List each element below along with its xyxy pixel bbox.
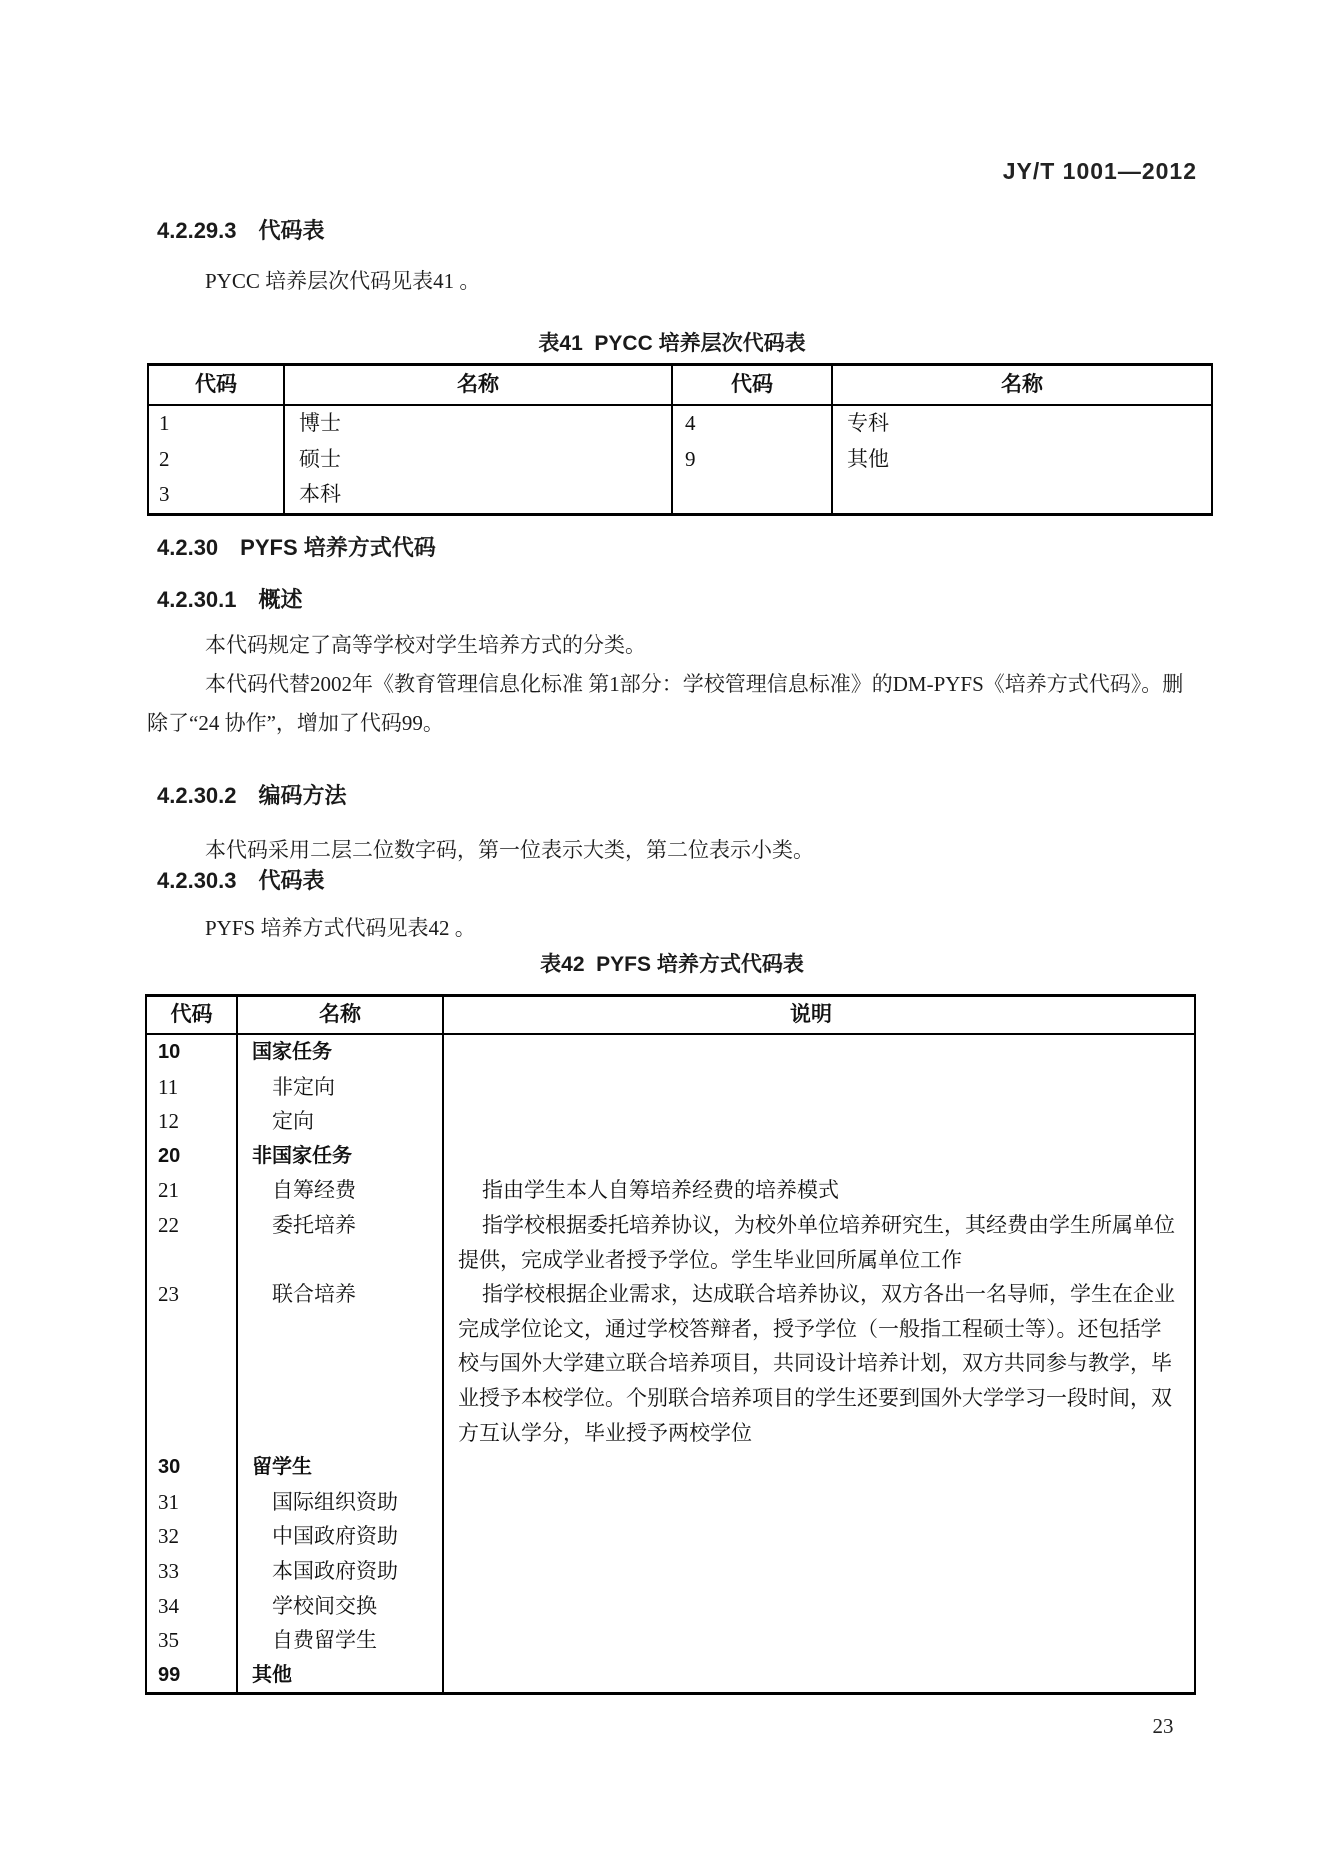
table-row: 34 学校间交换: [147, 1589, 1194, 1624]
name-cell: 留学生: [238, 1450, 444, 1485]
desc-cell: [444, 1589, 1194, 1624]
code-cell: 31: [147, 1485, 238, 1520]
desc-cell: 指由学生本人自筹培养经费的培养模式: [444, 1173, 1194, 1208]
code-cell: 22: [147, 1208, 238, 1277]
table-row: 35 自费留学生: [147, 1623, 1194, 1658]
name-cell: 非定向: [238, 1070, 444, 1105]
section-heading-4-2-30-2: 4.2.30.2编码方法: [157, 779, 347, 810]
name-cell: 本科: [285, 477, 673, 513]
desc-cell: [444, 1450, 1194, 1485]
code-cell: 9: [673, 442, 833, 478]
section-number: 4.2.30.1: [157, 587, 237, 612]
section-title: 代码表: [259, 868, 325, 893]
table41-header-name-1: 名称: [285, 366, 673, 404]
name-cell: 自费留学生: [238, 1623, 444, 1658]
section-number: 4.2.30.3: [157, 868, 237, 893]
table41-caption: 表41 PYCC 培养层次代码表: [145, 327, 1199, 357]
table-row: 23 联合培养 指学校根据企业需求，达成联合培养协议，双方各出一名导师，学生在企…: [147, 1277, 1194, 1450]
table-row: 1 博士 4 专科: [149, 406, 1211, 442]
desc-cell: [444, 1070, 1194, 1105]
section-number: 4.2.30: [157, 535, 218, 560]
table42-header-row: 代码 名称 说明: [147, 997, 1194, 1035]
name-cell: 联合培养: [238, 1277, 444, 1450]
name-cell: 委托培养: [238, 1208, 444, 1277]
table-row: 22 委托培养 指学校根据委托培养协议，为校外单位培养研究生，其经费由学生所属单…: [147, 1208, 1194, 1277]
desc-cell: [444, 1658, 1194, 1693]
section-heading-4-2-30: 4.2.30PYFS 培养方式代码: [157, 531, 436, 562]
code-cell: 32: [147, 1519, 238, 1554]
code-cell: 30: [147, 1450, 238, 1485]
table42-caption: 表42 PYFS 培养方式代码表: [145, 948, 1199, 978]
table-row: 31 国际组织资助: [147, 1485, 1194, 1520]
table-row: 10 国家任务: [147, 1035, 1194, 1070]
code-cell: 12: [147, 1104, 238, 1139]
table41-pycc-codes: 代码 名称 代码 名称 1 博士 4 专科 2 硕士 9 其他 3 本科: [147, 363, 1213, 516]
name-cell: 中国政府资助: [238, 1519, 444, 1554]
desc-cell: [444, 1554, 1194, 1589]
name-cell: 定向: [238, 1104, 444, 1139]
section-title: 编码方法: [259, 783, 347, 808]
name-cell: 国家任务: [238, 1035, 444, 1070]
code-cell: 34: [147, 1589, 238, 1624]
section-title: PYFS 培养方式代码: [240, 535, 436, 560]
code-cell: 11: [147, 1070, 238, 1105]
name-cell: [833, 477, 1211, 513]
code-cell: 99: [147, 1658, 238, 1693]
table42-header-name: 名称: [238, 997, 444, 1033]
code-cell: 3: [149, 477, 285, 513]
code-cell: 23: [147, 1277, 238, 1450]
name-cell: 其他: [833, 442, 1211, 478]
table-row: 30 留学生: [147, 1450, 1194, 1485]
desc-cell: 指学校根据企业需求，达成联合培养协议，双方各出一名导师，学生在企业完成学位论文，…: [444, 1277, 1194, 1450]
code-cell: 21: [147, 1173, 238, 1208]
code-cell: 33: [147, 1554, 238, 1589]
code-cell: 1: [149, 406, 285, 442]
code-cell: 4: [673, 406, 833, 442]
name-cell: 自筹经费: [238, 1173, 444, 1208]
code-cell: 20: [147, 1139, 238, 1174]
section-title: 代码表: [259, 218, 325, 243]
section-heading-4-2-30-3: 4.2.30.3代码表: [157, 864, 325, 895]
desc-cell: [444, 1623, 1194, 1658]
desc-cell: [444, 1035, 1194, 1070]
desc-cell: [444, 1485, 1194, 1520]
overview-paragraph-2: 本代码代替2002年《教育管理信息化标准 第1部分：学校管理信息标准》的DM-P…: [147, 665, 1199, 743]
section-number: 4.2.30.2: [157, 783, 237, 808]
table-row: 32 中国政府资助: [147, 1519, 1194, 1554]
name-cell: 其他: [238, 1658, 444, 1693]
name-cell: 学校间交换: [238, 1589, 444, 1624]
code-cell: 2: [149, 442, 285, 478]
table-row: 99 其他: [147, 1658, 1194, 1693]
table-row: 21 自筹经费 指由学生本人自筹培养经费的培养模式: [147, 1173, 1194, 1208]
document-page: JY/T 1001—2012 4.2.29.3代码表 PYCC 培养层次代码见表…: [0, 0, 1323, 1871]
overview-paragraph-1: 本代码规定了高等学校对学生培养方式的分类。: [147, 626, 1199, 665]
name-cell: 非国家任务: [238, 1139, 444, 1174]
section-title: 概述: [259, 587, 303, 612]
code-cell: [673, 477, 833, 513]
table41-header-code-2: 代码: [673, 366, 833, 404]
table42-header-desc: 说明: [444, 997, 1194, 1033]
table-row: 11 非定向: [147, 1070, 1194, 1105]
table42-pyfs-codes: 代码 名称 说明 10 国家任务 11 非定向 12 定向 20 非国家任务 2…: [145, 994, 1196, 1695]
name-cell: 本国政府资助: [238, 1554, 444, 1589]
name-cell: 国际组织资助: [238, 1485, 444, 1520]
table-row: 3 本科: [149, 477, 1211, 513]
name-cell: 博士: [285, 406, 673, 442]
table42-header-code: 代码: [147, 997, 238, 1033]
code-cell: 35: [147, 1623, 238, 1658]
section-number: 4.2.29.3: [157, 218, 237, 243]
name-cell: 硕士: [285, 442, 673, 478]
table-row: 2 硕士 9 其他: [149, 442, 1211, 478]
table-row: 12 定向: [147, 1104, 1194, 1139]
table41-header-code-1: 代码: [149, 366, 285, 404]
name-cell: 专科: [833, 406, 1211, 442]
desc-cell: [444, 1104, 1194, 1139]
table41-intro-paragraph: PYCC 培养层次代码见表41 。: [147, 262, 1199, 301]
table41-header-row: 代码 名称 代码 名称: [149, 366, 1211, 406]
code-cell: 10: [147, 1035, 238, 1070]
table42-intro-paragraph: PYFS 培养方式代码见表42 。: [147, 909, 1199, 948]
page-number: 23: [1128, 1714, 1198, 1739]
standard-number: JY/T 1001—2012: [0, 158, 1197, 185]
table41-header-name-2: 名称: [833, 366, 1211, 404]
table-row: 33 本国政府资助: [147, 1554, 1194, 1589]
desc-cell: 指学校根据委托培养协议，为校外单位培养研究生，其经费由学生所属单位提供，完成学业…: [444, 1208, 1194, 1277]
table-row: 20 非国家任务: [147, 1139, 1194, 1174]
section-heading-4-2-29-3: 4.2.29.3代码表: [157, 214, 325, 245]
section-heading-4-2-30-1: 4.2.30.1概述: [157, 583, 303, 614]
desc-cell: [444, 1139, 1194, 1174]
desc-cell: [444, 1519, 1194, 1554]
